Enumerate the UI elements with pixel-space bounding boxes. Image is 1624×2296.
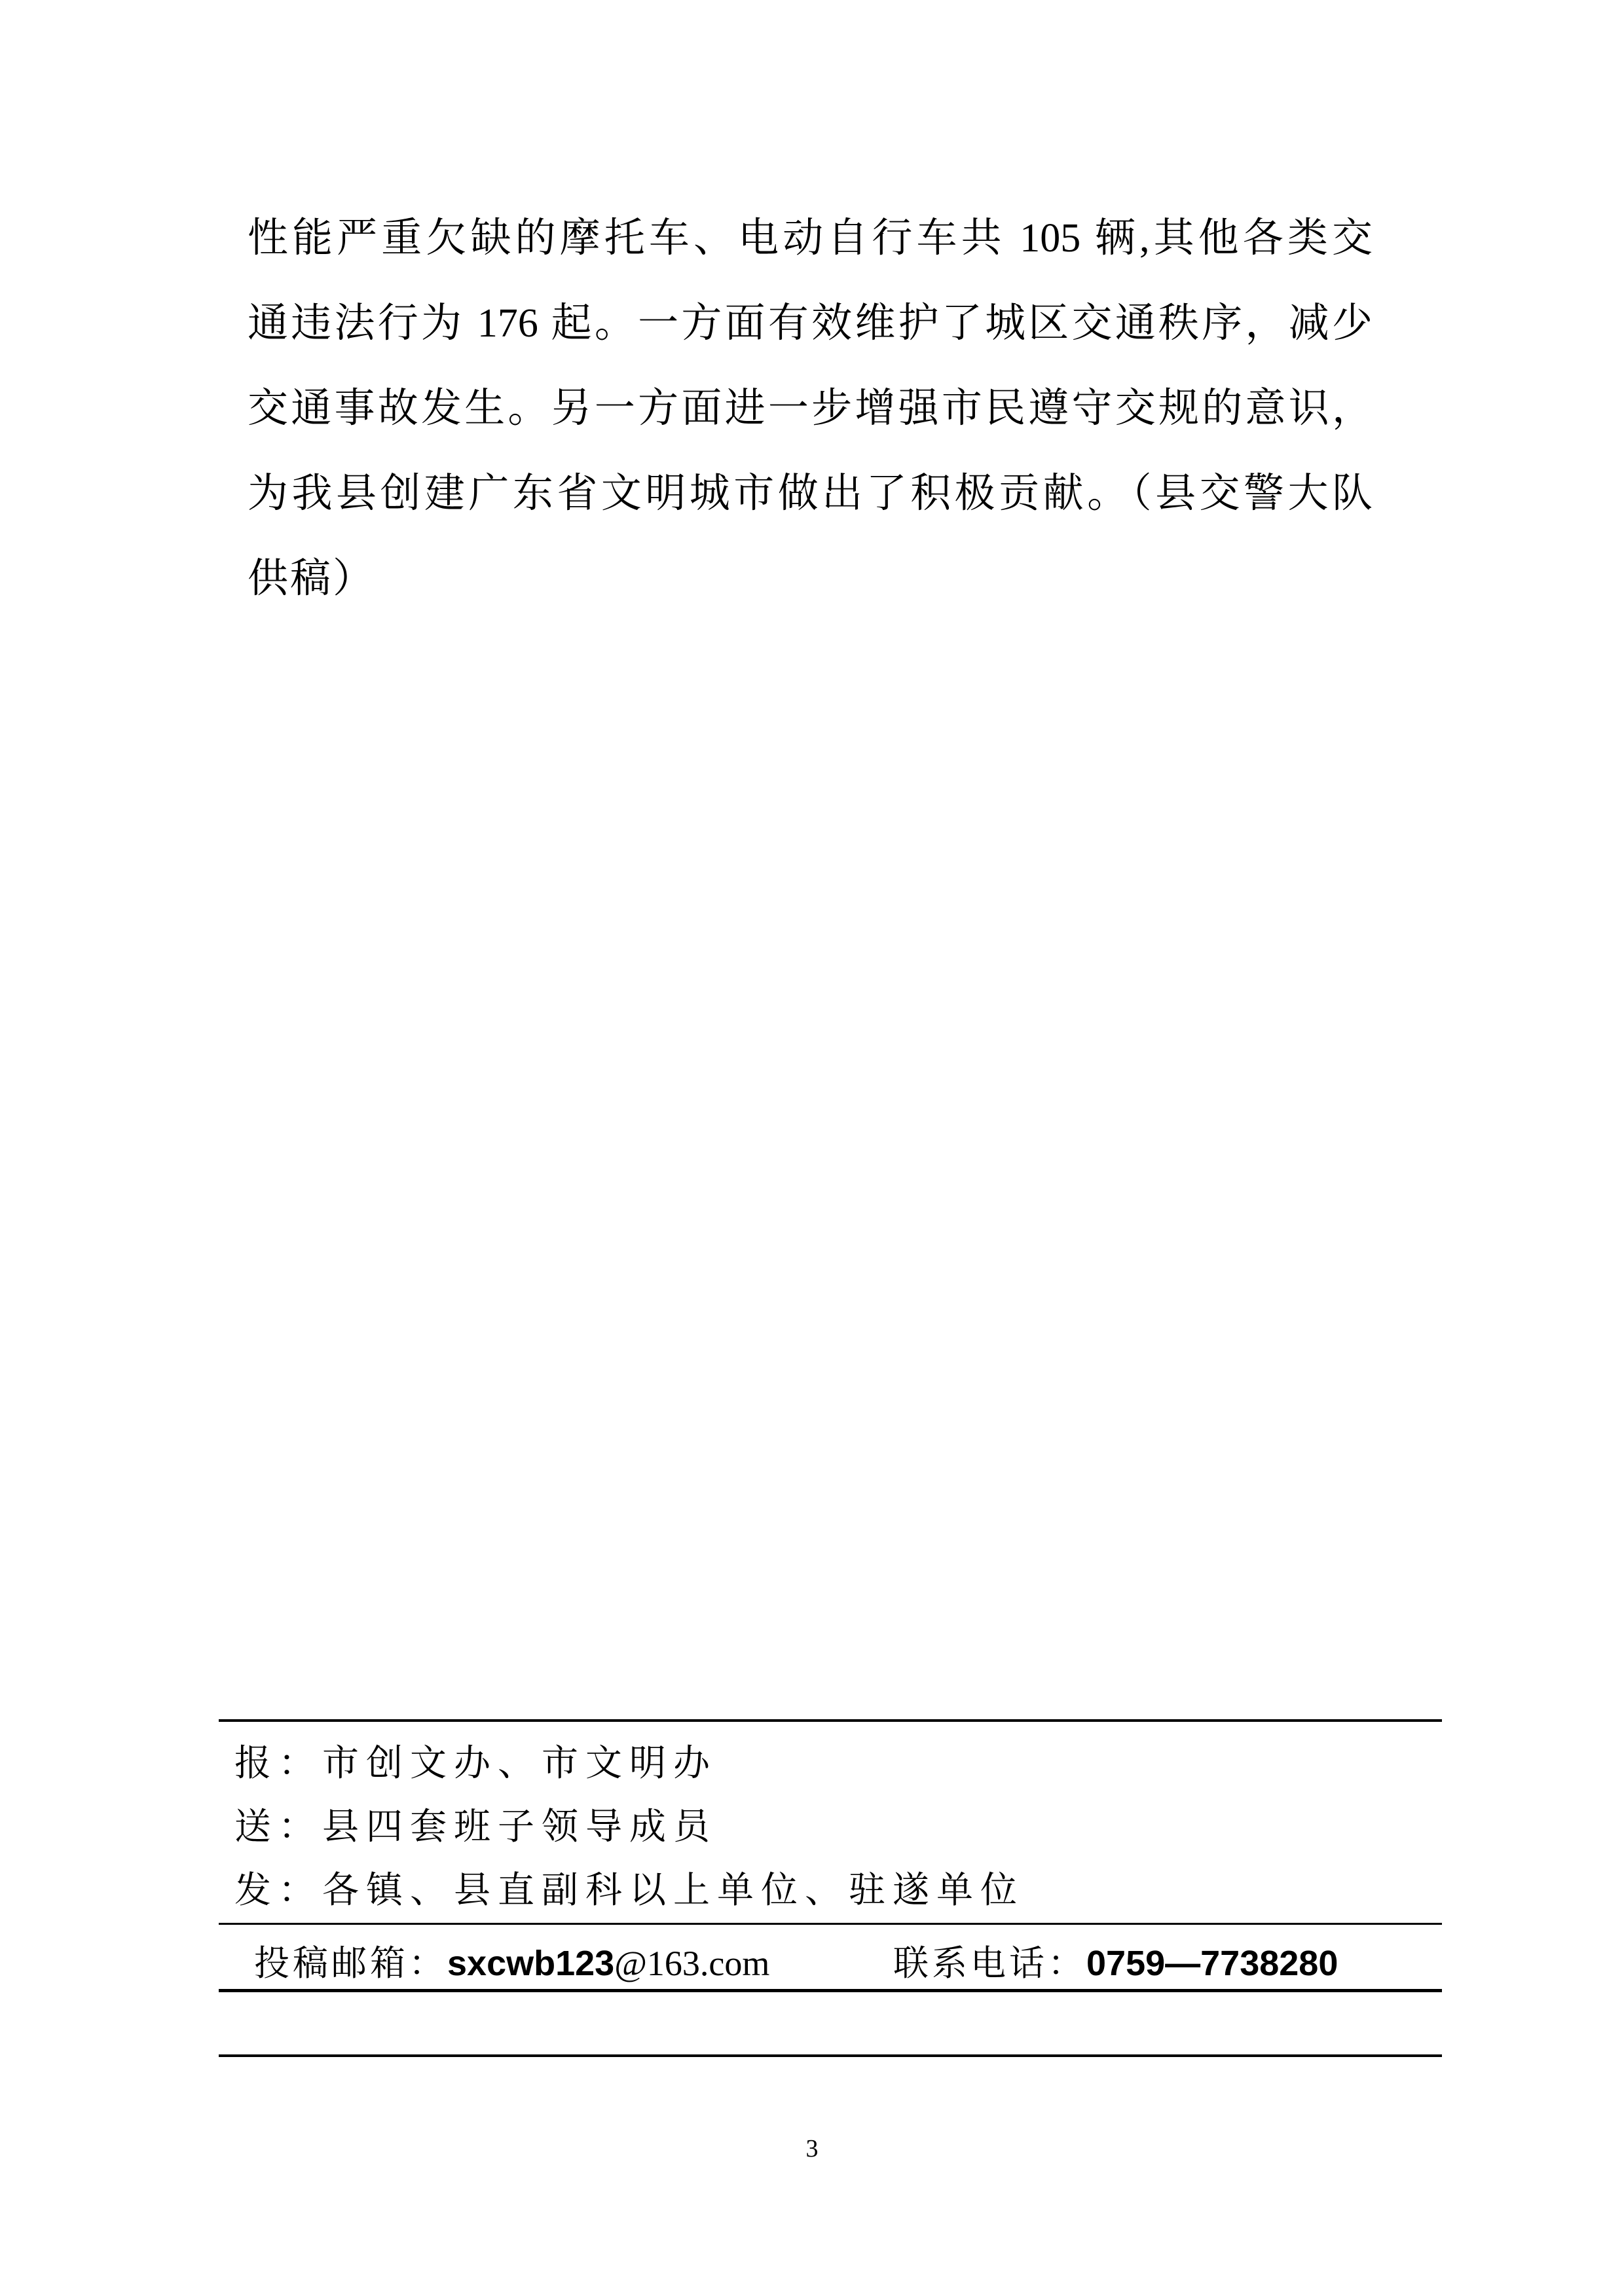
- body-line: 性能严重欠缺的摩托车、电动自行车共 105 辆,其他各类交: [248, 196, 1373, 281]
- document-page: 性能严重欠缺的摩托车、电动自行车共 105 辆,其他各类交 通违法行为 176 …: [0, 0, 1624, 2296]
- distribution-row-song: 送：县四套班子领导成员: [234, 1796, 1024, 1859]
- distribution-row-bao: 报：市创文办、市文明办: [234, 1732, 1024, 1796]
- phone-group: 联系电话：0759—7738280: [893, 1942, 1338, 1985]
- distribution-row-fa: 发：各镇、县直副科以上单位、驻遂单位: [234, 1859, 1024, 1923]
- email-label: 投稿邮箱：: [254, 1944, 447, 1983]
- body-paragraph: 性能严重欠缺的摩托车、电动自行车共 105 辆,其他各类交 通违法行为 176 …: [248, 196, 1373, 621]
- divider-line-thick: [219, 1989, 1442, 1992]
- email-group: 投稿邮箱：sxcwb123@163.com: [254, 1942, 769, 1985]
- divider-line-top: [219, 1719, 1442, 1722]
- body-line: 供稿）: [248, 536, 1373, 621]
- email-domain: @163.com: [614, 1944, 769, 1983]
- page-number: 3: [0, 2133, 1624, 2164]
- body-line: 为我县创建广东省文明城市做出了积极贡献。（县交警大队: [248, 451, 1373, 536]
- divider-line-middle: [219, 1923, 1442, 1925]
- phone-label: 联系电话：: [893, 1944, 1086, 1983]
- divider-line-bottom: [219, 2054, 1442, 2057]
- email-user: sxcwb123: [447, 1944, 614, 1983]
- phone-number: 0759—7738280: [1086, 1944, 1338, 1983]
- distribution-list: 报：市创文办、市文明办 送：县四套班子领导成员 发：各镇、县直副科以上单位、驻遂…: [234, 1732, 1024, 1923]
- body-line: 交通事故发生。另一方面进一步增强市民遵守交规的意识，: [248, 366, 1373, 451]
- body-line: 通违法行为 176 起。一方面有效维护了城区交通秩序，减少: [248, 281, 1373, 366]
- contact-row: 投稿邮箱：sxcwb123@163.com 联系电话：0759—7738280: [0, 1942, 1624, 1985]
